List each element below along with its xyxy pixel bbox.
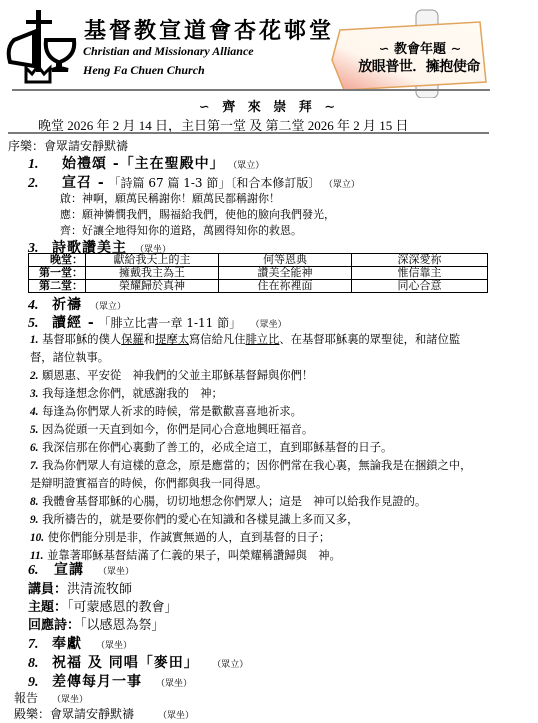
item-6: 6.宣講（眾坐） (28, 559, 134, 579)
table-row: 第一堂： 擁戴我主為王 讚美全能神 惟信靠主 (29, 267, 488, 280)
postlude: 殿樂：會眾請安靜默禱（眾坐） (14, 705, 194, 722)
call-to-worship-response: 應：願神憐憫我們，賜福給我們，使他的臉向我們發光， (60, 206, 335, 222)
church-name-chinese: 基督教宣道會杏花邨堂 (84, 14, 334, 45)
item-9: 9.差傳每月一事（眾坐） (28, 671, 192, 691)
service-title: ∽ 齊 來 崇 拜 ∼ (0, 96, 538, 115)
verse-10: 10. 使你們能分別是非，作誠實無過的人，直到基督的日子； (30, 529, 330, 545)
verse-4: 4. 每逢為你們眾人祈求的時候，常是歡歡喜喜地祈求。 (30, 403, 302, 419)
songs-table: 晚堂： 獻給我天上的主 何等恩典 深深愛祢 第一堂： 擁戴我主為王 讚美全能神 … (28, 253, 488, 293)
item-2: 2.宣召 - 「詩篇 67 篇 1-3 節」〔和合本修訂版〕（眾立） (28, 172, 360, 192)
verse-6: 6. 我深信那在你們心裏動了善工的，必成全這工，直到耶穌基督的日子。 (30, 439, 392, 455)
item-5: 5.讀經 - 「腓立比書一章 1-11 節」（眾坐） (28, 312, 287, 332)
church-name-english-line1: Christian and Missionary Alliance (83, 44, 254, 59)
verse-1: 1. 基督耶穌的僕人保羅和提摩太寫信給凡住腓立比、在基督耶穌裏的眾聖徒，和諸位監 (30, 331, 460, 347)
verse-5: 5. 因為從頭一天直到如今，你們是同心合意地興旺福音。 (30, 421, 313, 437)
ornament-right-icon: ∼ (316, 100, 339, 115)
call-to-worship-unison: 齊：好讓全地得知你的道路，萬國得知你的救恩。 (60, 222, 302, 238)
verse-9: 9. 我所禱告的，就是要你們的愛心在知識和各樣見識上多而又多， (30, 511, 358, 527)
ornament-left-icon: ∽ (199, 100, 222, 115)
table-row: 晚堂： 獻給我天上的主 何等恩典 深深愛祢 (29, 254, 488, 267)
verse-8: 8. 我體會基督耶穌的心腸，切切地想念你們眾人；這是 神可以給我作見證的。 (30, 493, 426, 509)
sermon-topic: 主題：「可蒙感恩的教會」 (28, 596, 178, 615)
verse-2: 2. 願恩惠、平安從 神我們的父並主耶穌基督歸與你們！ (30, 367, 313, 383)
verse-3: 3. 我每逢想念你們，就感謝我的 神； (30, 385, 223, 401)
verse-7: 7. 我為你們眾人有這樣的意念，原是應當的；因你們常在我心裏，無論我是在捆鎖之中… (30, 457, 471, 473)
verse-7-cont: 是辯明證實福音的時候，你們都與我一同得恩。 (30, 475, 267, 491)
table-row: 第二堂： 榮耀歸於真神 住在祢裡面 同心合意 (29, 280, 488, 293)
theme-banner-label: ∽ 教會年題 ∼ (355, 38, 485, 57)
item-1: 1.始禮頌 -「主在聖殿中」（眾立） (28, 153, 264, 173)
dates-divider (8, 132, 489, 134)
item-4: 4.祈禱（眾立） (28, 294, 126, 314)
response-hymn: 回應詩：「以感恩為祭」 (28, 614, 165, 633)
sermon-speaker: 講員：洪清流牧師 (28, 578, 132, 597)
verse-1-cont: 督，諸位執事。 (30, 349, 109, 365)
call-to-worship-leader: 啟：神啊，願萬民稱謝你！願萬民都稱謝你！ (60, 190, 280, 206)
church-name-english-line2: Heng Fa Chuen Church (83, 63, 205, 78)
item-7: 7.奉獻（眾坐） (28, 633, 132, 653)
item-8: 8.祝福 及 同唱「麥田」（眾立） (28, 652, 248, 672)
ornament-right-icon: ∼ (446, 42, 461, 57)
announcements-line: 報告（眾坐） (14, 689, 88, 706)
prelude: 序樂：會眾請安靜默禱 (8, 137, 128, 154)
theme-banner-theme: 放眼普世．擁抱使命 (350, 56, 488, 76)
header-divider (12, 89, 490, 91)
church-logo-icon (4, 10, 84, 84)
ornament-left-icon: ∽ (379, 42, 394, 57)
